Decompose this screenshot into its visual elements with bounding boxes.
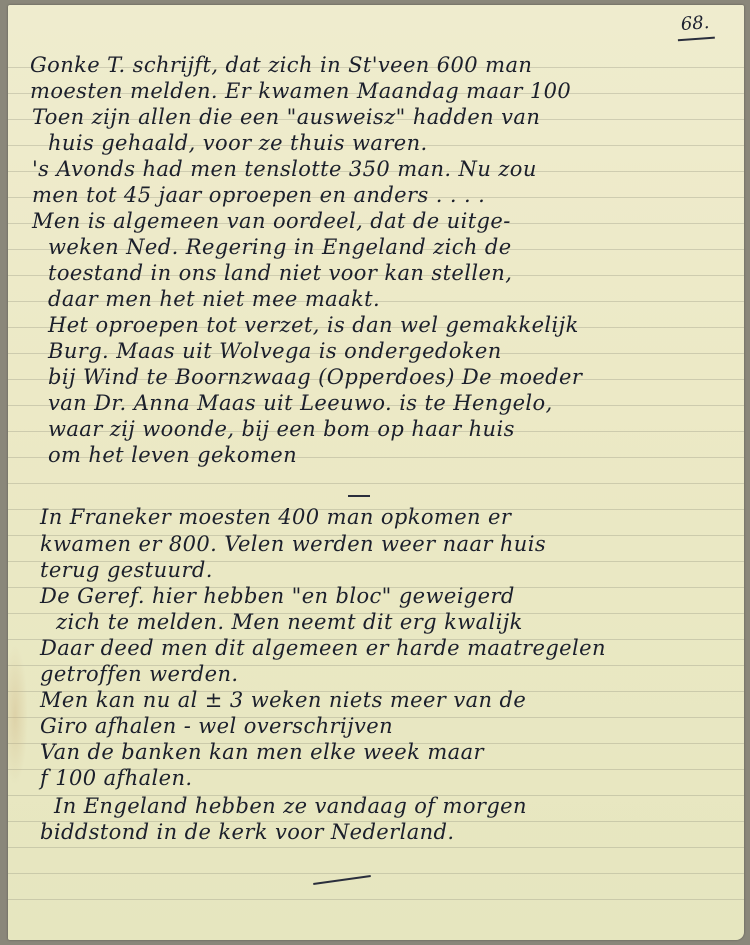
text-line: van Dr. Anna Maas uit Leeuwo. is te Heng… xyxy=(48,391,553,415)
text-line: biddstond in de kerk voor Nederland. xyxy=(40,820,454,844)
text-line: De Geref. hier hebben "en bloc" geweiger… xyxy=(40,584,515,608)
text-line: bij Wind te Boornzwaag (Opperdoes) De mo… xyxy=(48,365,582,389)
text-line: men tot 45 jaar oproepen en anders . . .… xyxy=(32,183,485,207)
text-line: zich te melden. Men neemt dit erg kwalij… xyxy=(56,610,523,634)
text-line: f 100 afhalen. xyxy=(40,766,193,790)
section-divider xyxy=(348,495,370,497)
diary-page: 68. Gonke T. schrijft, dat zich in St've… xyxy=(8,5,744,940)
text-line: Het oproepen tot verzet, is dan wel gema… xyxy=(48,313,579,337)
text-line: Gonke T. schrijft, dat zich in St'veen 6… xyxy=(30,53,532,77)
ruled-line xyxy=(8,847,744,848)
text-line: toestand in ons land niet voor kan stell… xyxy=(48,261,512,285)
text-line: getroffen werden. xyxy=(40,662,238,686)
text-line: Toen zijn allen die een "ausweisz" hadde… xyxy=(32,105,540,129)
text-line: 's Avonds had men tenslotte 350 man. Nu … xyxy=(32,157,537,181)
text-line: om het leven gekomen xyxy=(48,443,297,467)
text-line: Burg. Maas uit Wolvega is ondergedoken xyxy=(48,339,502,363)
text-line: Men is algemeen van oordeel, dat de uitg… xyxy=(32,209,511,233)
ruled-line xyxy=(8,899,744,900)
text-line: kwamen er 800. Velen werden weer naar hu… xyxy=(40,532,546,556)
text-line: In Engeland hebben ze vandaag of morgen xyxy=(54,794,527,818)
text-line: terug gestuurd. xyxy=(40,558,213,582)
page-number: 68. xyxy=(676,12,714,41)
text-line: daar men het niet mee maakt. xyxy=(48,287,380,311)
text-line: Men kan nu al ± 3 weken niets meer van d… xyxy=(40,688,526,712)
text-line: huis gehaald, voor ze thuis waren. xyxy=(48,131,428,155)
text-line: weken Ned. Regering in Engeland zich de xyxy=(48,235,512,259)
text-line: In Franeker moesten 400 man opkomen er xyxy=(40,505,511,529)
ruled-line xyxy=(8,483,744,484)
text-line: waar zij woonde, bij een bom op haar hui… xyxy=(48,417,515,441)
text-line: Daar deed men dit algemeen er harde maat… xyxy=(40,636,606,660)
paper-stain xyxy=(8,645,28,785)
scanned-document: 68. Gonke T. schrijft, dat zich in St've… xyxy=(0,0,750,945)
ruled-line xyxy=(8,873,744,874)
text-line: moesten melden. Er kwamen Maandag maar 1… xyxy=(30,79,571,103)
text-line: Giro afhalen - wel overschrijven xyxy=(40,714,393,738)
end-divider xyxy=(313,875,371,885)
text-line: Van de banken kan men elke week maar xyxy=(40,740,484,764)
